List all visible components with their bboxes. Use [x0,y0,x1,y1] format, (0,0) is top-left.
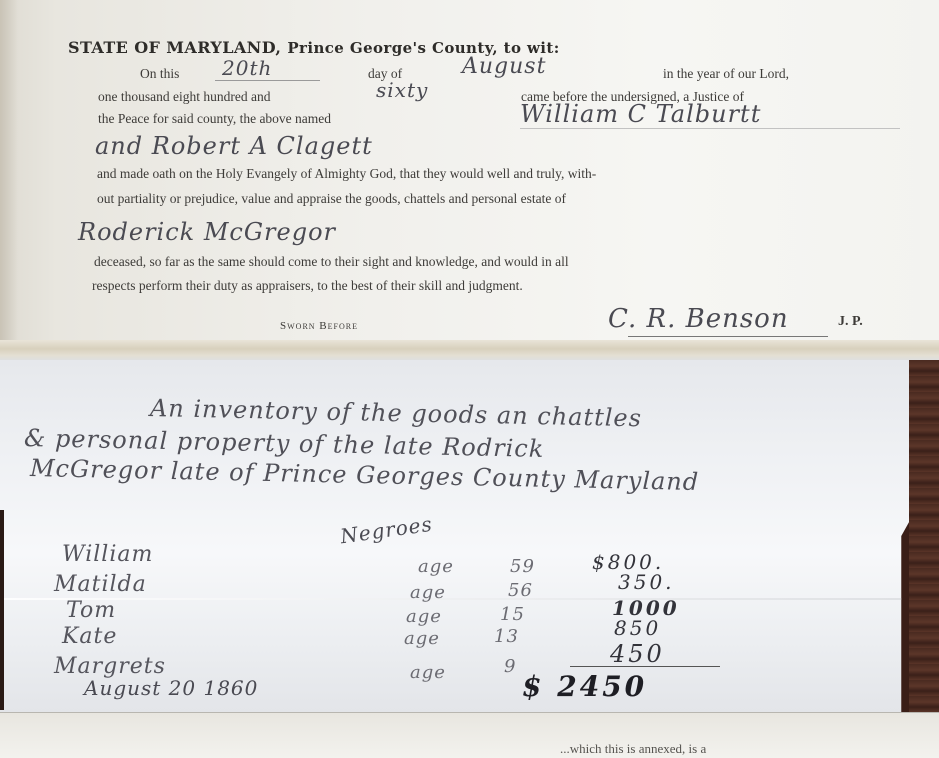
appraiser1-underline [520,128,900,129]
heading-state: STATE OF MARYLAND, [68,38,281,57]
inventory-row-age: 56 [508,580,533,601]
paper-crease [0,598,915,600]
inventory-date: August 20 1860 [84,676,258,700]
month-handwritten: August [462,54,546,79]
inventory-row-age-label: age [418,556,454,577]
signature-flourish [628,336,828,337]
inventory-row-age-label: age [406,606,442,627]
inventory-row-age: 13 [494,626,519,647]
oath-line6: out partiality or prejudice, value and a… [97,191,566,207]
inventory-sheet: An inventory of the goods an chattles & … [0,360,915,712]
day-underline [215,80,320,81]
line2-prefix: one thousand eight hundred and [98,89,270,105]
justice-signature: C. R. Benson [608,304,789,334]
year-handwritten: sixty [376,78,428,102]
inventory-row-name: William [62,542,153,567]
inventory-row-value: 350. [618,570,675,594]
sworn-before-label: Sworn Before [280,320,358,332]
inventory-title-line3: McGregor late of Prince Georges County M… [30,454,700,496]
oath-line5: and made oath on the Holy Evangely of Al… [97,166,596,182]
inventory-row-age: 59 [510,556,535,577]
inventory-row-value: 450 [610,640,665,668]
paper-left-edge [0,510,4,710]
fold-seam [0,340,939,362]
inventory-row-age-label: age [410,662,446,683]
section-heading-negroes: Negroes [339,512,434,549]
paper-edge-shadow [0,0,18,352]
appraiser2-handwritten: and Robert A Clagett [95,132,373,160]
deceased-handwritten: Roderick McGregor [78,218,336,246]
wooden-table-surface [909,360,939,718]
inventory-row-age: 9 [504,656,516,677]
line1-prefix: On this [140,66,179,82]
oath-form-sheet: STATE OF MARYLAND, Prince George's Count… [0,0,939,352]
inventory-row-value: 850 [614,616,661,640]
inventory-row-name: Kate [62,624,117,649]
sum-line [570,666,720,667]
justice-title: J. P. [838,314,863,330]
oath-line7: deceased, so far as the same should come… [94,254,569,270]
inventory-row-age-label: age [410,582,446,603]
inventory-total: $ 2450 [522,670,647,703]
next-document-sheet: ...which this is annexed, is a [0,712,939,758]
inventory-row-age-label: age [404,628,440,649]
day-handwritten: 20th [222,56,272,80]
line3-prefix: the Peace for said county, the above nam… [98,111,331,127]
inventory-title-line1: An inventory of the goods an chattles [150,394,643,432]
next-sheet-partial-text: ...which this is annexed, is a [560,741,706,757]
inventory-row-name: Tom [66,598,116,623]
inventory-row-age: 15 [500,604,525,625]
appraiser1-handwritten: William C Talburtt [520,100,761,128]
line1-suffix: in the year of our Lord, [663,66,789,82]
oath-line8: respects perform their duty as appraiser… [92,278,523,294]
inventory-row-name: Matilda [54,572,147,597]
